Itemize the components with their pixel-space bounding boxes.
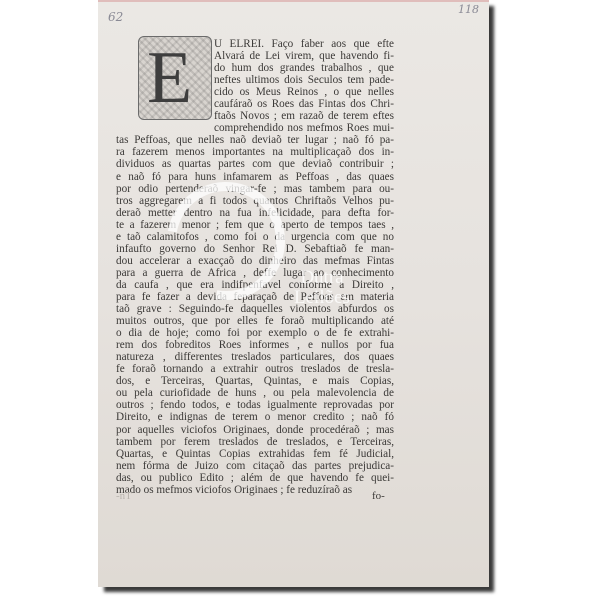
text-line: e naõ fó para huns infamarem as Peffoas …	[116, 171, 394, 183]
page-top-edge	[98, 0, 489, 2]
text-line: comprehendido nos mefmos Roes mui-	[116, 122, 394, 134]
text-line: fe foraõ tornando a extrahir outros tres…	[116, 363, 394, 375]
text-line: ou pela curiofidade de huns , ou pela ma…	[116, 387, 394, 399]
text-line: do hum dos grandes trabalhos , que	[116, 62, 394, 74]
text-line: o dia de hoje; como foi por exemplo o de…	[116, 327, 394, 339]
text-line: outros ; fendo todos, e todas igualmente…	[116, 399, 394, 411]
text-line: mado os mefmos viciofos Originaes ; fe r…	[116, 484, 394, 496]
text-line: dos, e Terceiras, Quartas, Quintas, e ma…	[116, 375, 394, 387]
watermark: Dutra Leilões	[294, 268, 350, 308]
text-line: dividuos as quartas partes com que devia…	[116, 158, 394, 170]
text-line: taõ grave : Seguindo-fe daquelles violen…	[116, 303, 394, 315]
text-line: nem fórma de Juizo com citaçaõ das parte…	[116, 460, 394, 472]
text-line: natureza , differentes treslados particu…	[116, 351, 394, 363]
document-page: 62 118 E U ELREI. Faço faber aos que eft…	[98, 0, 489, 587]
folio-number-left: 62	[108, 10, 123, 24]
text-line: muitos outros, que por elles fe foraõ mu…	[116, 315, 394, 327]
text-line: tambem por ferem treslados de treslados,…	[116, 436, 394, 448]
watermark-line-1: Dutra	[294, 268, 350, 288]
text-line: ra fazerem menos importantes na multipli…	[116, 146, 394, 158]
bleed-through-text: -nT	[116, 490, 132, 502]
text-line: caufáraõ os Roes das Fintas dos Chri-	[116, 98, 394, 110]
text-line: tas Peffoas, que nelles naõ deviaõ ter l…	[116, 134, 394, 146]
catchword: fo-	[372, 490, 385, 502]
text-line: ftaõs Novos ; em razaõ de terem eftes	[116, 110, 394, 122]
text-line: cido os Meus Reinos , o que nelles	[116, 86, 394, 98]
text-line: rem dos fobreditos Roes informes , e nul…	[116, 339, 394, 351]
text-line: por aquelles viciofos Originaes, donde p…	[116, 424, 394, 436]
text-line: das, ou publico Edito ; além de que have…	[116, 472, 394, 484]
folio-number-right: 118	[458, 3, 479, 16]
watermark-line-2: Leilões	[294, 288, 350, 308]
text-line: Quartas, e Quintas Copias extrahidas fem…	[116, 448, 394, 460]
text-line: Direito, e indignas de terem o menor cre…	[116, 411, 394, 423]
text-line: U ELREI. Faço faber aos que efte	[116, 38, 394, 50]
text-line: Alvará de Lei virem, que havendo fi-	[116, 50, 394, 62]
text-line: para fe fazer a devida feparaçaõ de Peff…	[116, 291, 394, 303]
text-line: neftes ultimos dois Seculos tem pade-	[116, 74, 394, 86]
